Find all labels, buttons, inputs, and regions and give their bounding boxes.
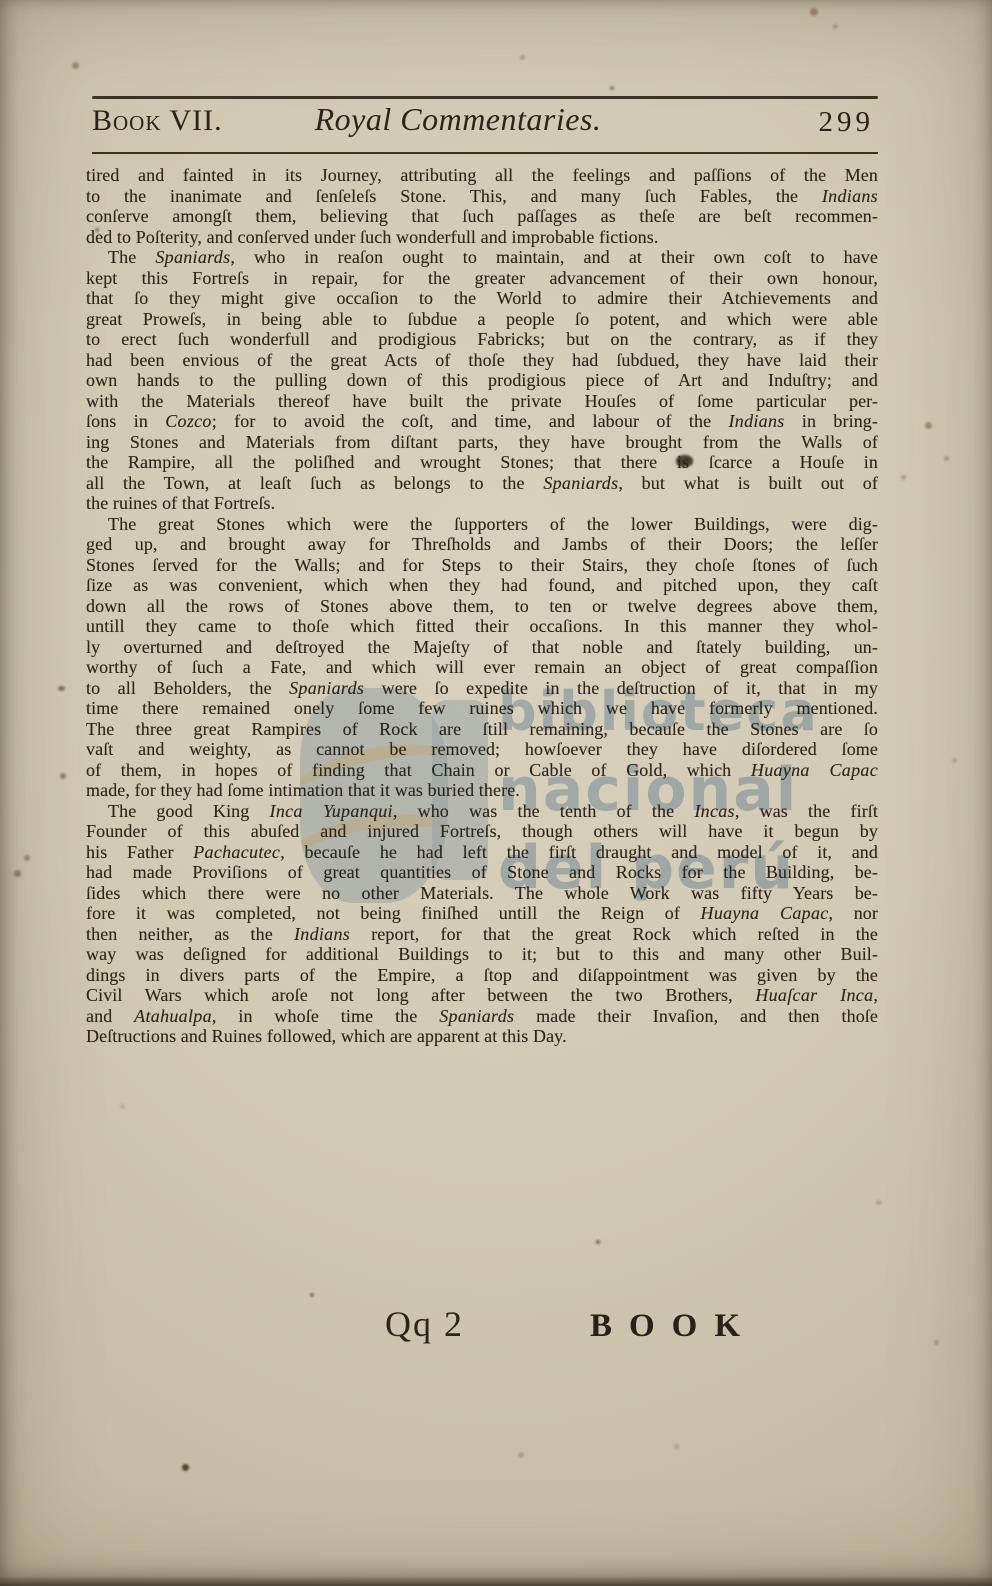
text-line: down all the rows of Stones above them, … bbox=[86, 596, 878, 617]
foxing-spot bbox=[833, 24, 838, 29]
text-line: ly overturned and deſtroyed the Majeſty … bbox=[86, 637, 878, 658]
text-line: The three great Rampires of Rock are ſti… bbox=[86, 719, 878, 740]
paragraph: The great Stones which were the ſupporte… bbox=[86, 514, 878, 801]
text-line: all the Town, at leaſt ſuch as belongs t… bbox=[86, 473, 878, 494]
paragraph: tired and fainted in its Journey, attrib… bbox=[86, 165, 878, 247]
text-line: time there remained onely ſome few ruine… bbox=[86, 698, 878, 719]
text-line: The great Stones which were the ſupporte… bbox=[86, 514, 878, 535]
foxing-spot bbox=[952, 758, 957, 763]
foxing-spot bbox=[310, 1293, 314, 1297]
foxing-spot bbox=[596, 1240, 600, 1244]
foxing-spot bbox=[60, 773, 66, 779]
foxing-spot bbox=[24, 855, 30, 861]
running-title: Royal Commentaries. bbox=[315, 101, 602, 138]
foxing-spot bbox=[95, 228, 99, 232]
foxing-spot bbox=[610, 86, 614, 90]
text-line: Civil Wars which aroſe not long after be… bbox=[86, 985, 878, 1006]
signature-mark: Qq 2 bbox=[385, 1303, 464, 1345]
text-line: The Spaniards, who in reaſon ought to ma… bbox=[86, 247, 878, 268]
text-line: that ſo they might give occaſion to the … bbox=[86, 288, 878, 309]
foxing-spot bbox=[934, 1340, 939, 1345]
text-line: dings in divers parts of the Empire, a ſ… bbox=[86, 965, 878, 986]
text-line: fore it was completed, not being finiſhe… bbox=[86, 903, 878, 924]
text-line: his Father Pachacutec, becauſe he had le… bbox=[86, 842, 878, 863]
page-bottom-edge bbox=[0, 1576, 992, 1586]
text-line: ſons in Cozco; for to avoid the coſt, an… bbox=[86, 411, 878, 432]
text-line: ſides which there were no other Material… bbox=[86, 883, 878, 904]
text-line: had made Proviſions of great quantities … bbox=[86, 862, 878, 883]
text-line: untill they came to thoſe which fitted t… bbox=[86, 616, 878, 637]
foxing-spot bbox=[182, 1464, 189, 1471]
foxing-spot bbox=[14, 870, 21, 877]
text-line: the ruines of that Fortreſs. bbox=[86, 493, 878, 514]
foxing-spot bbox=[901, 475, 906, 480]
text-line: worthy of ſuch a Fate, and which will ev… bbox=[86, 657, 878, 678]
foxing-spot bbox=[944, 456, 949, 461]
text-line: Deſtructions and Ruines followed, which … bbox=[86, 1026, 878, 1047]
foxing-spot bbox=[520, 55, 525, 60]
text-line: to all Beholders, the Spaniards were ſo … bbox=[86, 678, 878, 699]
foxing-spot bbox=[518, 1452, 524, 1458]
text-line: then neither, as the Indians report, for… bbox=[86, 924, 878, 945]
text-line: the Rampire, all the poliſhed and wrough… bbox=[86, 452, 878, 473]
text-line: tired and fainted in its Journey, attrib… bbox=[86, 165, 878, 186]
text-line: to the inanimate and ſenſeleſs Stone. Th… bbox=[86, 186, 878, 207]
text-line: ded to Poſterity, and conſerved under ſu… bbox=[86, 227, 878, 248]
foxing-spot bbox=[925, 422, 932, 429]
foxing-spot bbox=[674, 1444, 679, 1449]
text-line: and Atahualpa, in whoſe time the Spaniar… bbox=[86, 1006, 878, 1027]
page-scan: Book VII. Royal Commentaries. 299 biblio… bbox=[0, 0, 992, 1586]
text-line: ing Stones and Materials from diſtant pa… bbox=[86, 432, 878, 453]
header-rule-bottom bbox=[92, 152, 878, 154]
text-line: The good King Inca Yupanqui, who was the… bbox=[86, 801, 878, 822]
text-line: ged up, and brought away for Threſholds … bbox=[86, 534, 878, 555]
text-line: conſerve amongſt them, believing that ſu… bbox=[86, 206, 878, 227]
text-line: own hands to the pulling down of this pr… bbox=[86, 370, 878, 391]
text-line: made, for they had ſome intimation that … bbox=[86, 780, 878, 801]
text-line: ſize as was convenient, which when they … bbox=[86, 575, 878, 596]
text-line: to erect ſuch wonderfull and prodigious … bbox=[86, 329, 878, 350]
text-line: Stones ſerved for the Walls; and for Ste… bbox=[86, 555, 878, 576]
catchword: BOOK bbox=[590, 1308, 757, 1345]
text-line: way was deſigned for additional Building… bbox=[86, 944, 878, 965]
foxing-spot bbox=[120, 1104, 125, 1109]
paragraph: The good King Inca Yupanqui, who was the… bbox=[86, 801, 878, 1047]
body-text: tired and fainted in its Journey, attrib… bbox=[86, 165, 878, 1047]
text-line: Founder of this abuſed and injured Fortr… bbox=[86, 821, 878, 842]
text-line: had been envious of the great Acts of th… bbox=[86, 350, 878, 371]
foxing-spot bbox=[810, 8, 818, 16]
foxing-spot bbox=[58, 686, 65, 691]
text-line: with the Materials thereof have built th… bbox=[86, 391, 878, 412]
ink-blot bbox=[676, 455, 693, 467]
foxing-spot bbox=[72, 62, 79, 69]
text-line: vaſt and weighty, as cannot be removed; … bbox=[86, 739, 878, 760]
paragraph: The Spaniards, who in reaſon ought to ma… bbox=[86, 247, 878, 514]
book-label: Book VII. bbox=[92, 104, 223, 138]
page-number: 299 bbox=[819, 106, 875, 139]
foxing-spot bbox=[876, 1200, 881, 1205]
text-line: of them, in hopes of finding that Chain … bbox=[86, 760, 878, 781]
text-line: great Proweſs, in being able to ſubdue a… bbox=[86, 309, 878, 330]
text-line: kept this Fortreſs in repair, for the gr… bbox=[86, 268, 878, 289]
header-rule-top bbox=[92, 96, 878, 99]
